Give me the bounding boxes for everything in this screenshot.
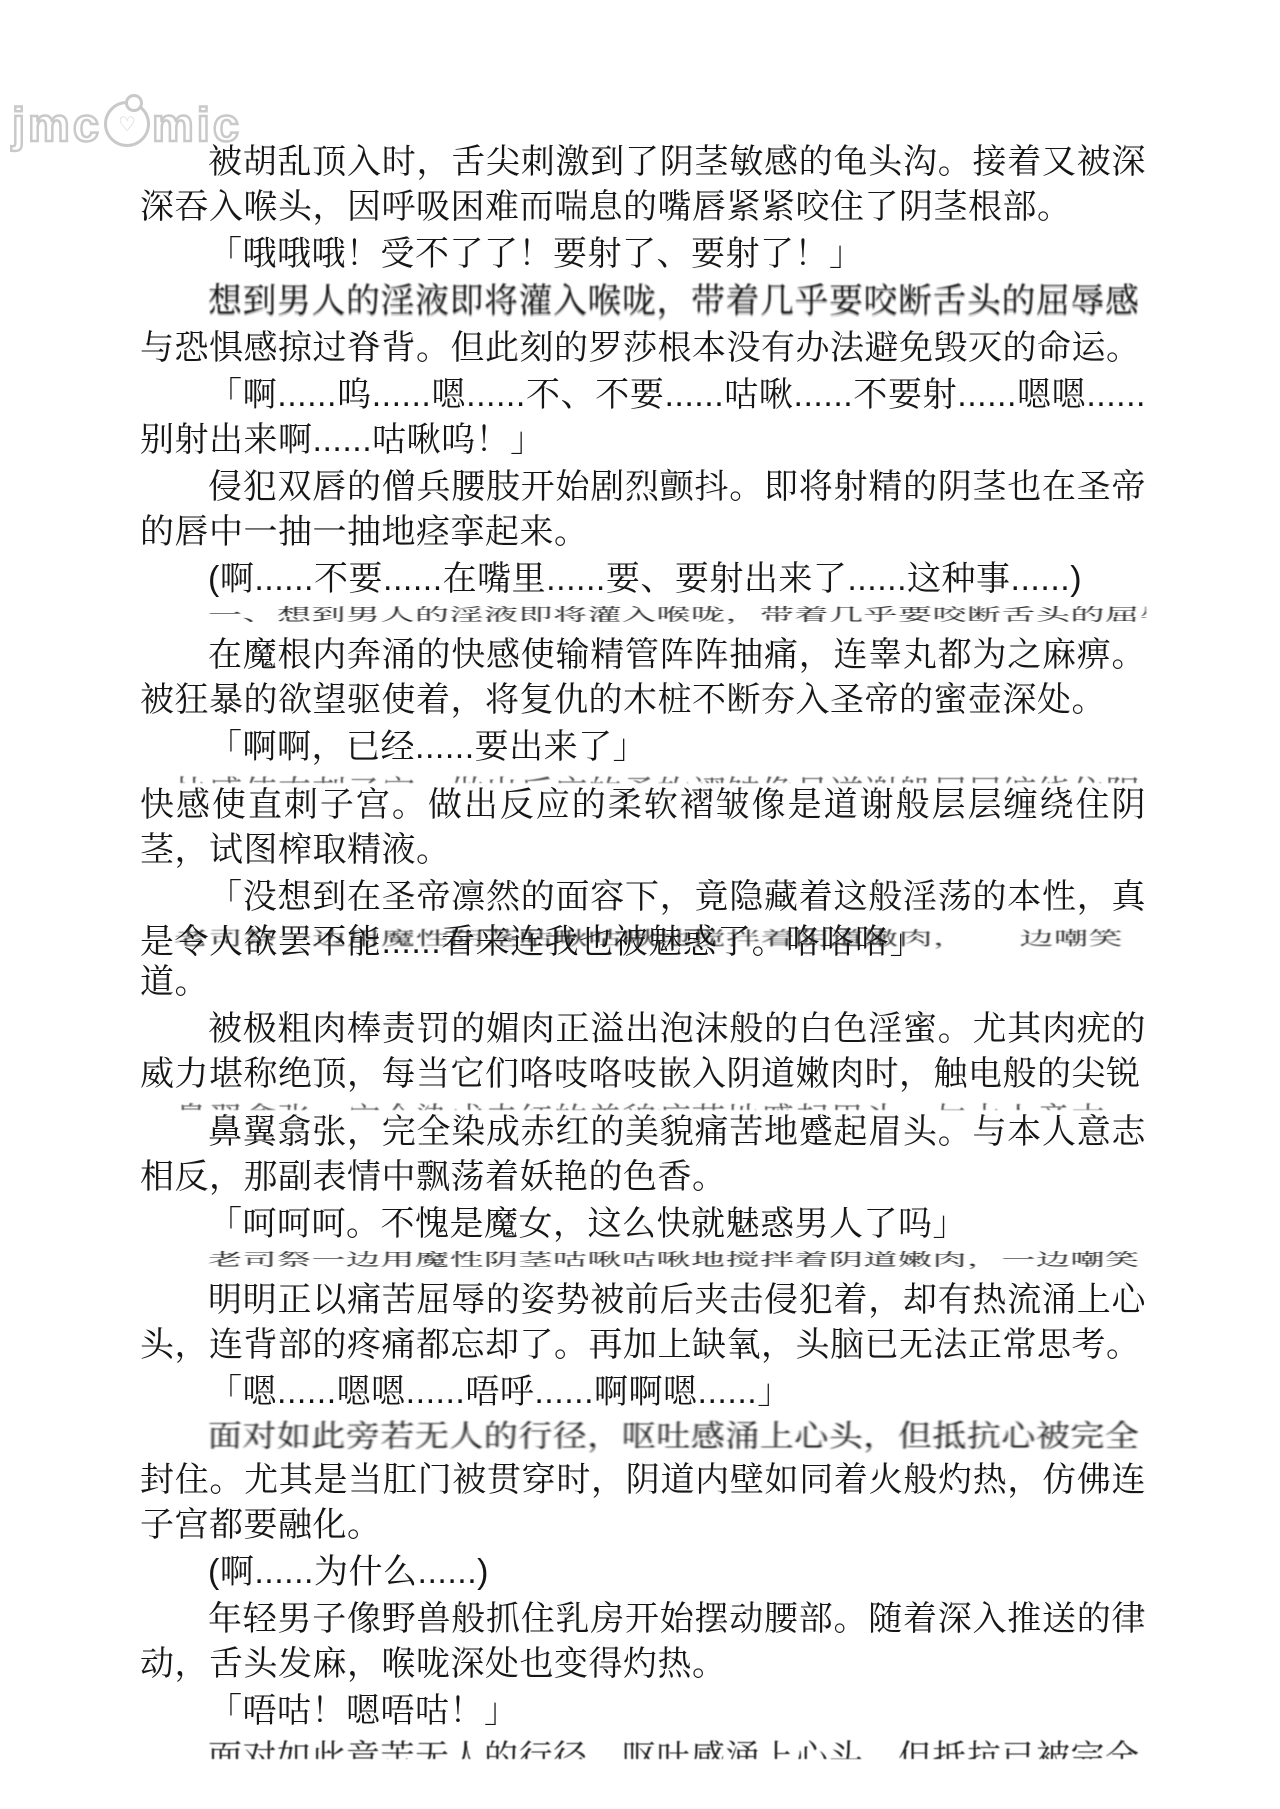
paragraph-line: 「呵呵呵。不愧是魔女，这么快就魅惑男人了吗」 — [140, 1202, 1146, 1247]
paragraph-line: (啊......为什么......) — [140, 1550, 1146, 1595]
paragraph-line: 「哦哦哦！受不了了！要射了、要射了！」 — [140, 232, 1146, 277]
paragraph-line: 年轻男子像野兽般抓住乳房开始摆动腰部。随着深入推送的律动，舌头发麻，喉咙深处也变… — [140, 1597, 1146, 1687]
paragraph-line: 面对如此旁若无人的行径，呕吐感涌上心头，但抵抗心被完全 — [140, 1417, 1146, 1458]
paragraph-line: 「嗯......嗯嗯......唔呼......啊啊嗯......」 — [140, 1370, 1146, 1415]
paragraph-line: 老司祭一边用魔性阴茎咕啾咕啾地搅拌着阴道嫩肉， 边嘲笑 — [140, 927, 1146, 952]
paragraph-line: 被极粗肉棒责罚的媚肉正溢出泡沫般的白色淫蜜。尤其肉疣的威力堪称绝顶，每当它们咯吱… — [140, 1007, 1146, 1097]
paragraph-line: 面对如此竟苦无人的行径，呕吐感涌上心头，但抵抗已被完全 — [140, 1736, 1146, 1759]
paragraph-line: 一、想到男人的淫液即将灌入喉咙，带着几乎要咬断舌头的屈辱感 — [140, 604, 1146, 627]
text-content: 被胡乱顶入时，舌尖刺激到了阴茎敏感的龟头沟。接着又被深深吞入喉头，因呼吸困难而喘… — [140, 140, 1146, 1761]
paragraph-line: 想到男人的淫液即将灌入喉咙，带着几乎要咬断舌头的屈辱感 — [140, 279, 1146, 324]
paragraph-line: 「啊啊，已经......要出来了」 — [140, 725, 1146, 770]
paragraph-line: 道。 — [140, 960, 1146, 1005]
paragraph-line: 被胡乱顶入时，舌尖刺激到了阴茎敏感的龟头沟。接着又被深深吞入喉头，因呼吸困难而喘… — [140, 140, 1146, 230]
paragraph-line: 「啊......呜......嗯......不、不要......咕啾......… — [140, 373, 1146, 463]
paragraph-line: 明明正以痛苦屈辱的姿势被前后夹击侵犯着，却有热流涌上心头，连背部的疼痛都忘却了。… — [140, 1278, 1146, 1368]
paragraph-line: 快感使直刺子宫。做出反应的柔软褶皱像是道谢般层层缠绕住阴 — [140, 772, 1146, 783]
paragraph-line: 鼻翼翕张，完全染成赤红的美貌痛苦地蹙起眉头。与本人意志相反，那副表情中飘荡着妖艳… — [140, 1110, 1146, 1200]
paragraph-line: 老司祭一边用魔性阴茎咕啾咕啾地搅拌着阴道嫩肉，一边嘲笑 — [140, 1249, 1146, 1272]
paragraph-line: 快感使直刺子宫。做出反应的柔软褶皱像是道谢般层层缠绕住阴茎，试图榨取精液。 — [140, 783, 1146, 873]
paragraph-line: 封住。尤其是当肛门被贯穿时，阴道内壁如同着火般灼热，仿佛连子宫都要融化。 — [140, 1458, 1146, 1548]
paragraph-line: 侵犯双唇的僧兵腰肢开始剧烈颤抖。即将射精的阴茎也在圣帝的唇中一抽一抽地痉挛起来。 — [140, 465, 1146, 555]
paragraph-line: 「唔咕！嗯唔咕！」 — [140, 1689, 1146, 1734]
paragraph-line: 与恐惧感掠过脊背。但此刻的罗莎根本没有办法避免毁灭的命运。 — [140, 326, 1146, 371]
paragraph-line: (啊......不要......在嘴里......要、要射出来了......这种… — [140, 557, 1146, 602]
paragraph-line: 在魔根内奔涌的快感使输精管阵阵抽痛，连睾丸都为之麻痹。被狂暴的欲望驱使着，将复仇… — [140, 633, 1146, 723]
watermark-text-left: jmc — [12, 101, 102, 148]
paragraph-line: 鼻翼翕张，完全染成赤红的美貌痛苦地蹙起眉头。与本人意志 — [140, 1099, 1146, 1110]
